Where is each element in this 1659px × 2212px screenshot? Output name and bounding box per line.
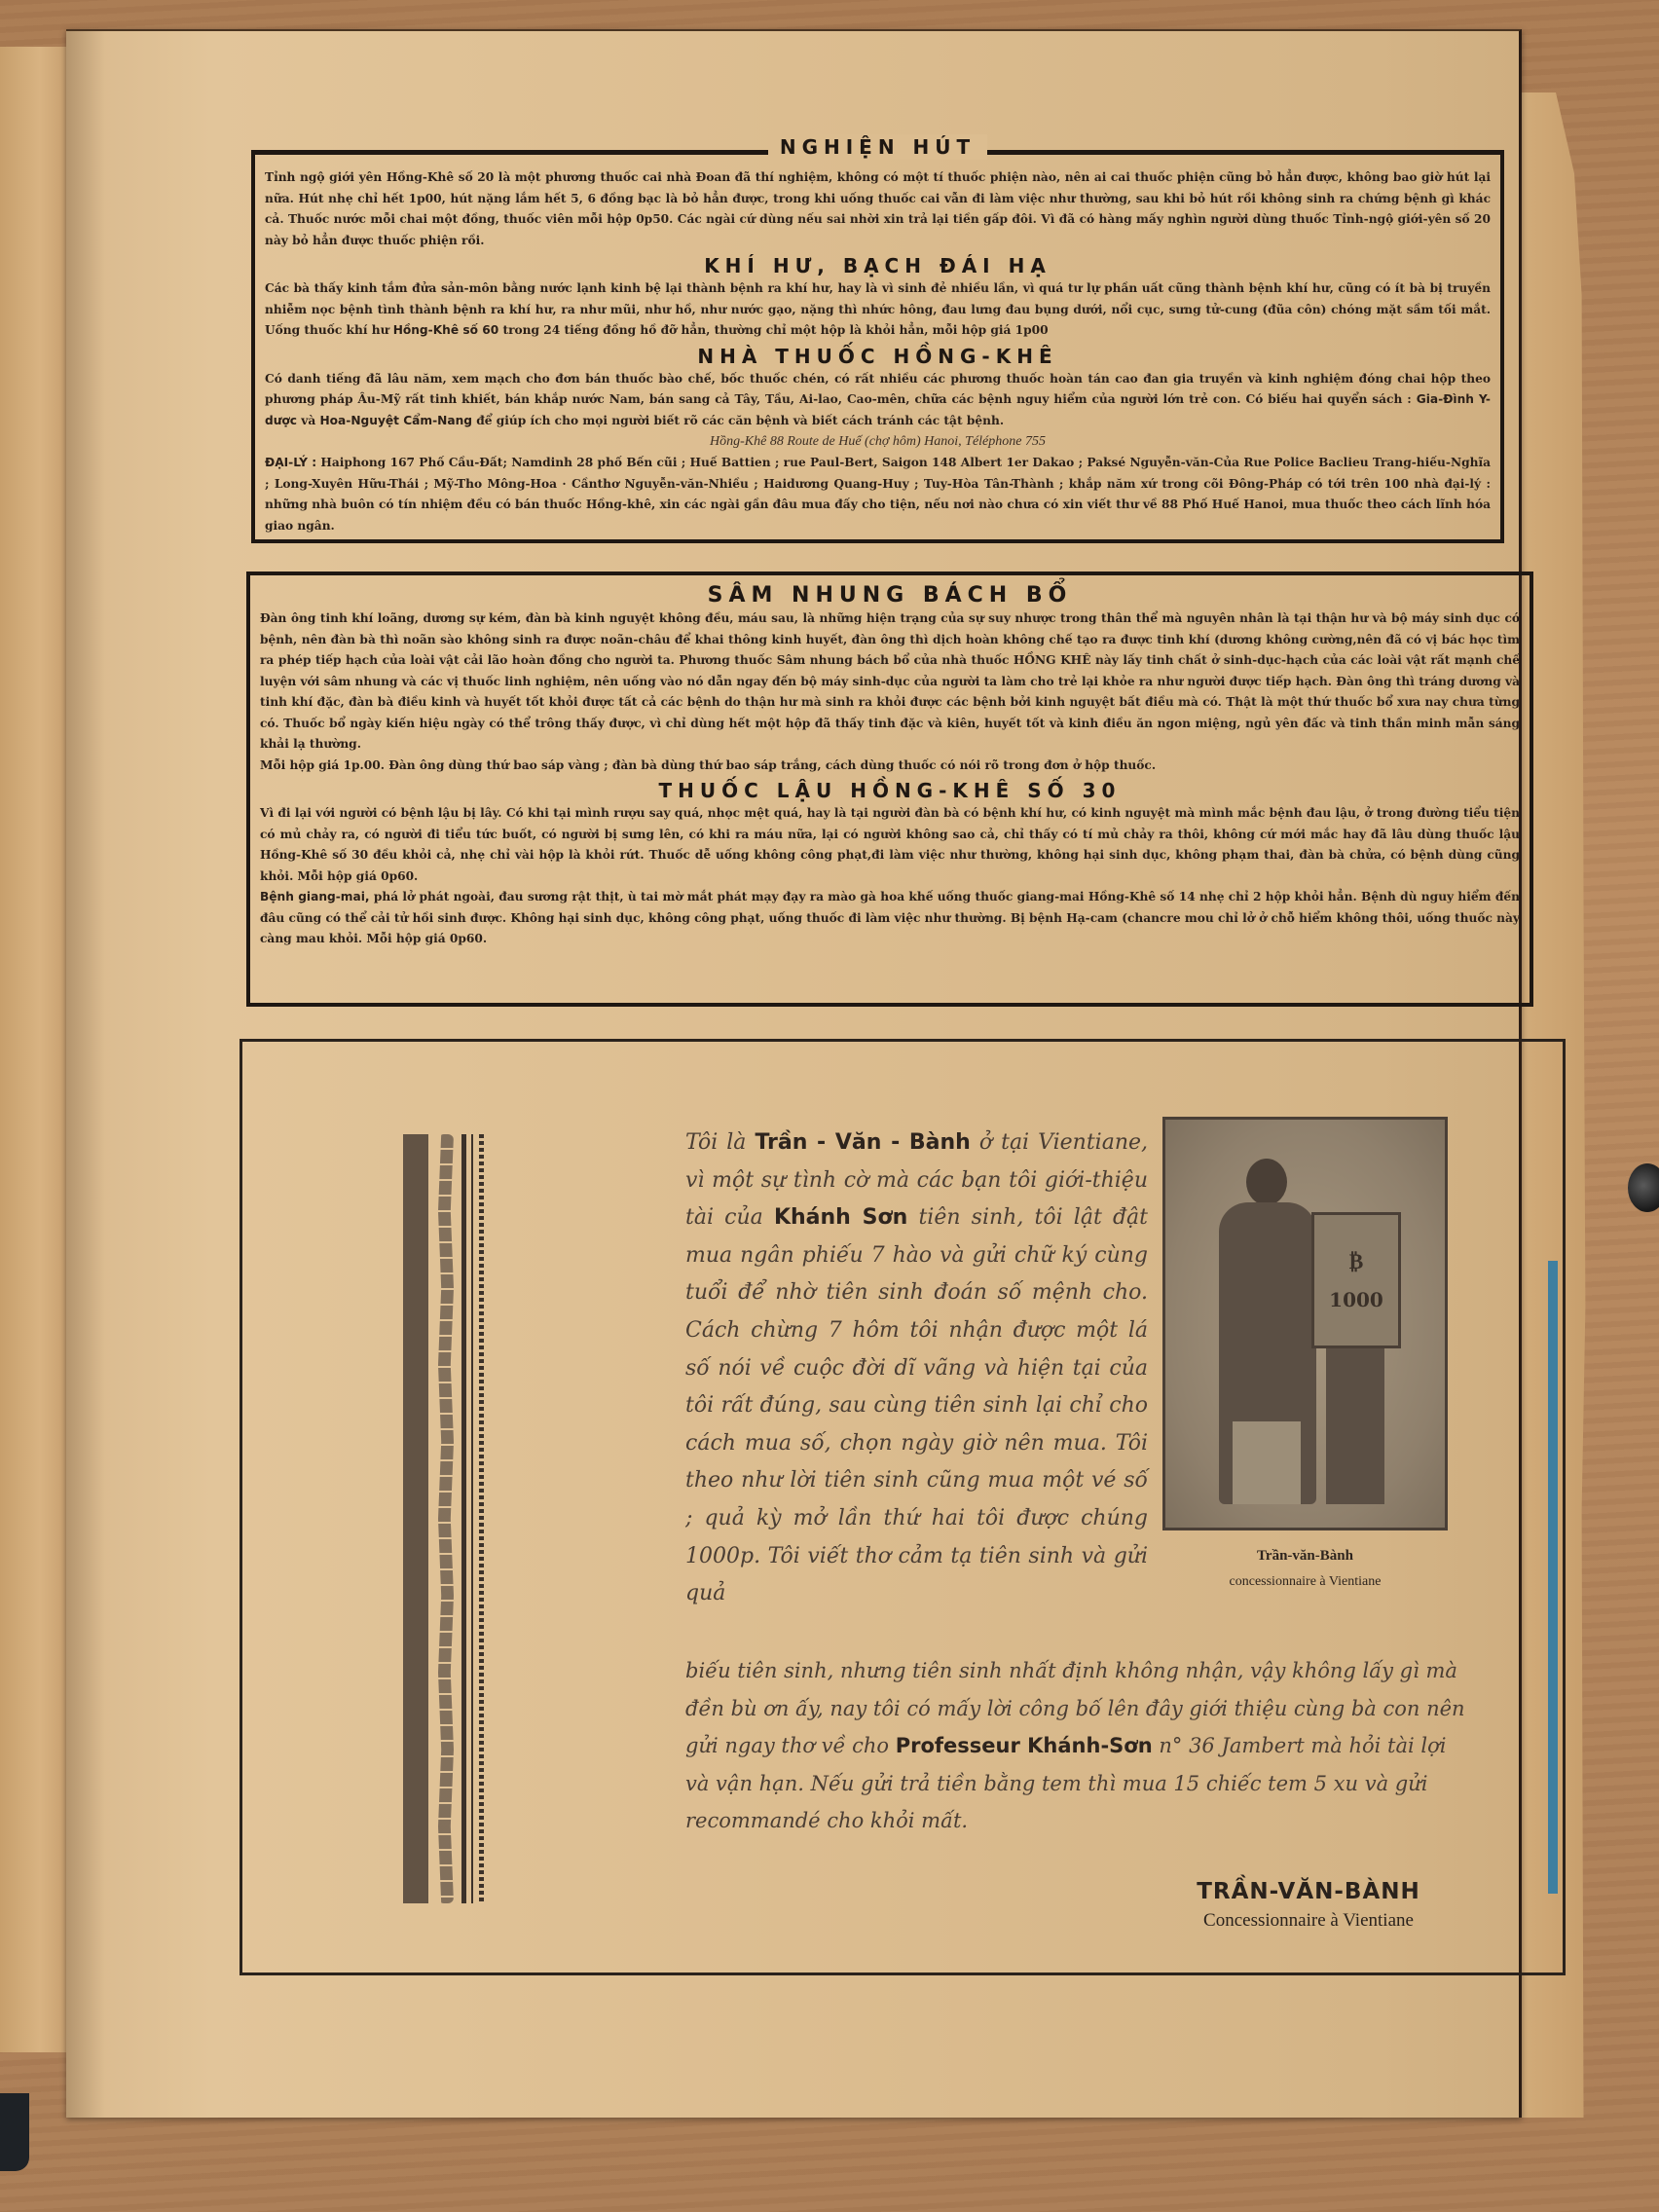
ad-title-nha-thuoc: NHÀ THUỐC HỒNG-KHÊ <box>255 344 1500 369</box>
product-hong-khe-60: Hồng-Khê số 60 <box>393 323 499 337</box>
name-professeur-khanh-son: Professeur Khánh-Sơn <box>896 1734 1153 1757</box>
decorative-border-strip <box>403 1134 500 1903</box>
signature-block: TRẦN-VĂN-BÀNH Concessionnaire à Vientian… <box>1148 1879 1469 1932</box>
ad-body-sam-nhung: Đàn ông tinh khí loãng, dương sự kém, đà… <box>250 608 1530 756</box>
man-figure <box>1219 1159 1307 1509</box>
signature-name: TRẦN-VĂN-BÀNH <box>1148 1879 1469 1904</box>
agents-list: ĐẠI-LÝ : Haiphong 167 Phố Cầu-Đất; Namdi… <box>255 453 1500 536</box>
ad-body-khi-hu: Các bà thấy kinh tắm đửa sản-môn bằng nư… <box>255 278 1500 342</box>
ad-body-nha-thuoc: Có danh tiếng đã lâu năm, xem mạch cho đ… <box>255 369 1500 432</box>
photo-caption: Trần-văn-Bành concessionnaire à Vientian… <box>1162 1548 1448 1590</box>
ad-price-sam-nhung: Mỗi hộp giá 1p.00. Đàn ông dùng thứ bao … <box>250 756 1530 777</box>
ad-box-sam-nhung-thuoc-lau: SÂM NHUNG BÁCH BỔ Đàn ông tinh khí loãng… <box>246 571 1533 1007</box>
name-khanh-son: Khánh Sơn <box>774 1205 907 1230</box>
caption-role: concessionnaire à Vientiane <box>1162 1574 1448 1590</box>
ad-title-nghien-hut: NGHIỆN HÚT <box>768 134 987 160</box>
caption-name: Trần-văn-Bành <box>1162 1548 1448 1565</box>
currency-symbol-icon: ₿ <box>1349 1249 1364 1274</box>
ad-title-khi-hu: KHÍ HƯ, BẠCH ĐÁI HẠ <box>255 253 1500 278</box>
signature-role: Concessionnaire à Vientiane <box>1148 1910 1469 1932</box>
page-fold-shadow <box>66 31 105 2118</box>
left-page-edge <box>0 47 68 2052</box>
table-knob <box>1628 1163 1659 1212</box>
ad-title-sam-nhung: SÂM NHUNG BÁCH BỔ <box>250 583 1530 608</box>
portrait-photo: ₿ 1000 <box>1162 1117 1448 1530</box>
testimonial-letter: Tôi là Trần - Văn - Bành ở tại Vientiane… <box>685 1124 1148 1613</box>
ad-box-hong-khe-remedies: NGHIỆN HÚT Tỉnh ngộ giới yên Hồng-Khê số… <box>251 154 1504 543</box>
newspaper-page: NGHIỆN HÚT Tỉnh ngộ giới yên Hồng-Khê số… <box>66 29 1522 2118</box>
lottery-ticket-sign: ₿ 1000 <box>1311 1212 1401 1348</box>
ticket-stand <box>1326 1348 1384 1504</box>
book-spine-binding <box>0 2093 29 2171</box>
ad-body-giang-mai: Bệnh giang-mai, phá lở phát ngoài, đau s… <box>250 887 1530 950</box>
ad-box-testimonial: Tôi là Trần - Văn - Bành ở tại Vientiane… <box>240 1039 1566 1975</box>
ad-body-nghien-hut: Tỉnh ngộ giới yên Hồng-Khê số 20 là một … <box>255 167 1500 251</box>
testimonial-letter-tail: biếu tiên sinh, nhưng tiên sinh nhất địn… <box>685 1652 1469 1840</box>
ticket-amount: 1000 <box>1329 1288 1383 1311</box>
book-hoa-nguyet-cam-nang: Hoa-Nguyệt Cẩm-Nang <box>319 414 472 427</box>
pharmacy-address: Hồng-Khê 88 Route de Huế (chợ hôm) Hanoi… <box>255 431 1500 453</box>
name-tran-van-banh: Trần - Văn - Bành <box>755 1130 970 1155</box>
ad-body-thuoc-lau: Vì đi lại với người có bệnh lậu bị lây. … <box>250 803 1530 887</box>
ad-title-thuoc-lau: THUỐC LẬU HỒNG-KHÊ SỐ 30 <box>250 778 1530 803</box>
